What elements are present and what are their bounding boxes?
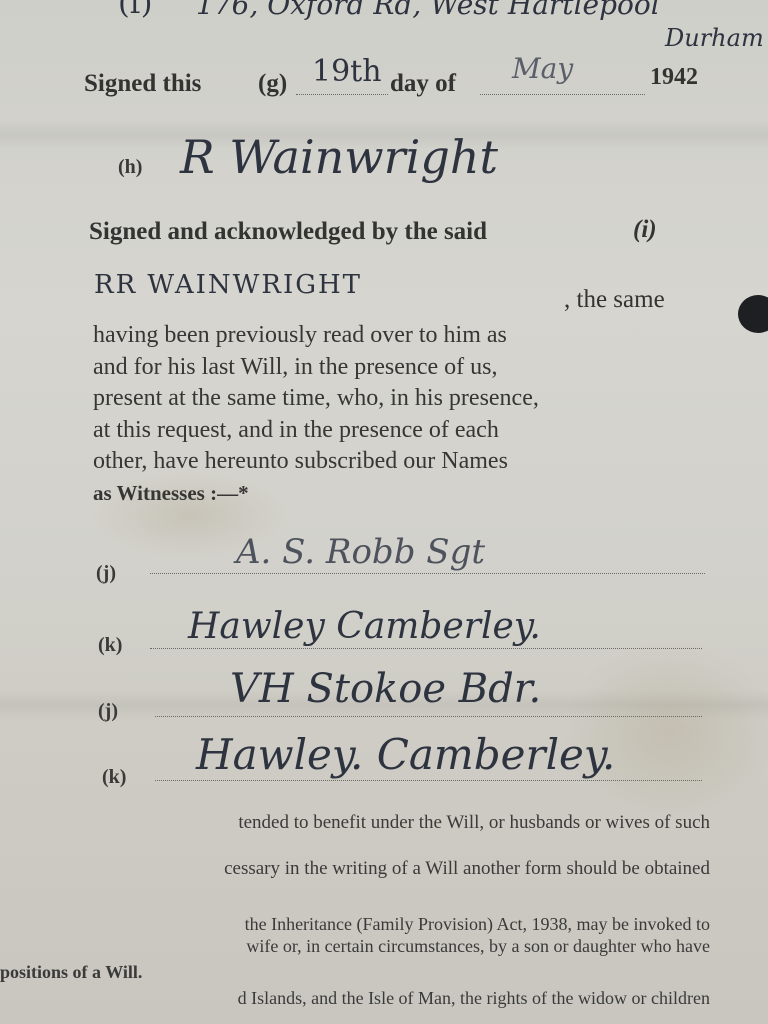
witness-1-address: Hawley Camberley. <box>188 606 541 647</box>
ink-blot <box>738 295 768 333</box>
clause-line: present at the same time, who, in his pr… <box>93 383 713 415</box>
witness-1-address-line <box>150 648 702 649</box>
address-handwritten: 176, Oxford Rd, West Hartlepool <box>196 0 660 21</box>
clause-line: as Witnesses :—* <box>93 478 713 510</box>
day-line <box>296 94 388 95</box>
label-i: (i) <box>633 216 657 244</box>
footnote-line: wife or, in certain circumstances, by a … <box>0 936 710 957</box>
witness-2-signature: VH Stokoe Bdr. <box>230 666 541 712</box>
footnote-line: tended to benefit under the Will, or hus… <box>0 812 710 834</box>
footnote-line: d Islands, and the Isle of Man, the righ… <box>0 988 710 1009</box>
label-h: (h) <box>118 156 142 179</box>
footnote-line: positions of a Will. <box>0 962 142 983</box>
testator-name-printed: RR WAINWRIGHT <box>94 270 362 300</box>
clause-line: other, have hereunto subscribed our Name… <box>93 446 713 478</box>
witness-1-line <box>150 573 705 574</box>
attestation-clause: having been previously read over to him … <box>93 320 713 509</box>
signed-month: May <box>512 52 573 85</box>
will-form-paper: (f) 176, Oxford Rd, West Hartlepool Durh… <box>0 0 768 1024</box>
witness-1-address-label: (k) <box>98 634 122 657</box>
witness-1-label: (j) <box>96 562 116 585</box>
witness-2-address: Hawley. Camberley. <box>196 730 615 779</box>
witness-2-address-line <box>155 780 702 781</box>
witness-2-address-label: (k) <box>102 766 126 789</box>
month-line <box>480 94 645 95</box>
acknowledgement-heading: Signed and acknowledged by the said <box>89 218 487 246</box>
day-of-label: day of <box>390 70 456 98</box>
witness-2-label: (j) <box>98 700 118 723</box>
clause-line: and for his last Will, in the presence o… <box>93 352 713 384</box>
signed-day: 19th <box>312 54 382 89</box>
witness-1-signature: A. S. Robb Sgt <box>236 532 485 572</box>
the-same-text: , the same <box>564 286 665 314</box>
clause-line: at this request, and in the presence of … <box>93 415 713 447</box>
witness-2-line <box>155 716 702 717</box>
testator-signature: R Wainwright <box>180 130 498 184</box>
signed-year: 1942 <box>650 64 698 91</box>
footnote-line: cessary in the writing of a Will another… <box>0 858 710 880</box>
address-label: (f) <box>118 0 153 21</box>
label-g: (g) <box>258 70 287 98</box>
signed-this-label: Signed this <box>84 70 201 98</box>
clause-line: having been previously read over to him … <box>93 320 713 352</box>
address-county-handwritten: Durham <box>665 24 764 52</box>
footnote-line: the Inheritance (Family Provision) Act, … <box>0 914 710 935</box>
